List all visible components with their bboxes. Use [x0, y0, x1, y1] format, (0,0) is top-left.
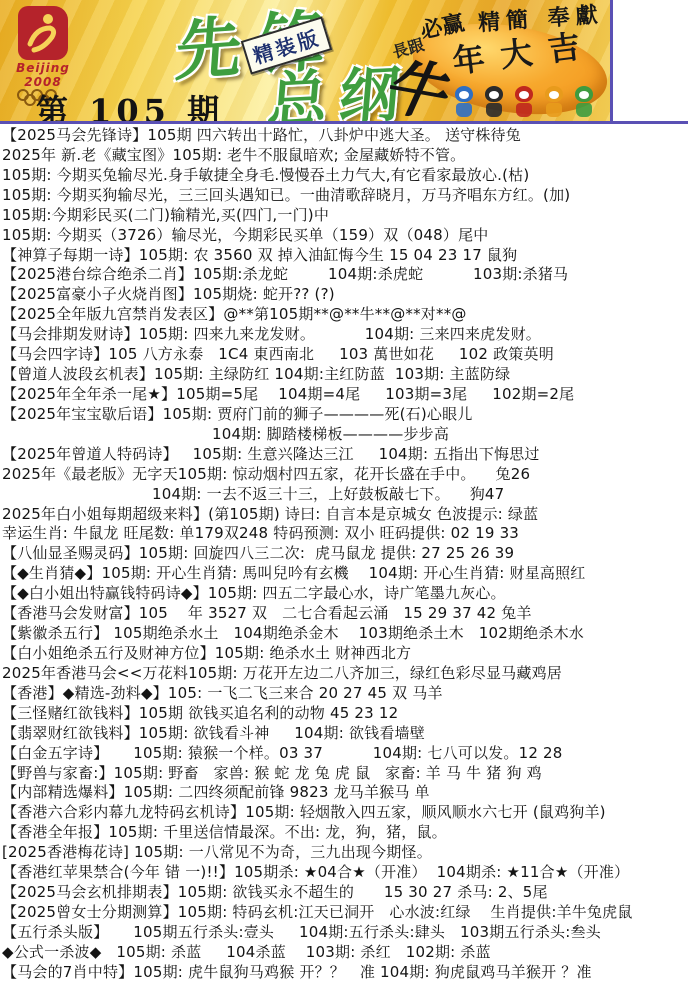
olympic-seal-icon [18, 6, 68, 60]
report-line: 【2025全年版九宫禁肖发表区】@**第105期**@**牛**@**对**@ [2, 305, 688, 325]
report-line: 【◆白小姐出特赢钱特码诗◆】105期: 四五二字最心水，诗广笔墨九灰心。 [2, 584, 688, 604]
report-line: 104期: 脚踏楼梯板————步步高 [2, 425, 688, 445]
report-line: 【马会排期发财诗】105期: 四来九来龙发财。 104期: 三来四来虎发财。 [2, 325, 688, 345]
lottery-tip-sheet: { "banner": { "emblem_script": "Beijing … [0, 0, 688, 987]
report-line: 【马会的7肖中特】105期: 虎牛鼠狗马鸡猴 开？？ 准 104期: 狗虎鼠鸡马… [2, 963, 688, 983]
report-line: 【香港六合彩内幕九龙特码玄机诗】105期: 轻烟散入四五家，顺风顺水六七开 (鼠… [2, 803, 688, 823]
report-line: 【◆生肖猜◆】105期: 开心生肖猜: 馬叫兒吟有玄機 104期: 开心生肖猜:… [2, 564, 688, 584]
report-line: 【2025曾女士分期测算】105期: 特码玄机:江天已洞开 心水波:红绿 生肖提… [2, 903, 688, 923]
report-line: 【野兽与家畜:】105期: 野畜 家兽: 猴 蛇 龙 兔 虎 鼠 家畜: 羊 马… [2, 764, 688, 784]
report-body: 【2025马会先锋诗】105期 四六转出十路忙，八卦炉中逃大圣。 送守株待兔20… [0, 124, 688, 983]
report-line: ◆公式一杀波◆ 105期: 杀蓝 104杀蓝 103期: 杀红 102期: 杀蓝 [2, 943, 688, 963]
report-line: 105期:今期彩民买(二门)输精光,买(四门,一门)中 [2, 206, 688, 226]
fuwa-mascot-icon [452, 86, 476, 120]
report-line: 【2025马会先锋诗】105期 四六转出十路忙，八卦炉中逃大圣。 送守株待兔 [2, 126, 688, 146]
masthead-row: Beijing 2008 先锋 总纲 第 105 期 精装版 必赢 精簡 奉獻 … [0, 0, 688, 124]
dancing-figure-icon [22, 10, 64, 56]
report-line: 【白金五字诗】 105期: 猿猴一个样。03 37 104期: 七八可以发。12… [2, 744, 688, 764]
report-line: 【2025富豪小子火烧肖图】105期烧: 蛇开?? (?) [2, 285, 688, 305]
report-line: 【内部精选爆料】105期: 二四终须配前锋 9823 龙马羊猴马 单 [2, 783, 688, 803]
report-line: 2025年白小姐每期超级来料】(第105期) 诗曰: 自言本是京城女 色波提示:… [2, 505, 688, 525]
report-line: 【神算子每期一诗】105期: 农 3560 双 掉入油缸悔今生 15 04 23… [2, 246, 688, 266]
report-line: 【曾道人波段玄机表】105期: 主绿防红 104期:主红防蓝 103期: 主蓝防… [2, 365, 688, 385]
report-line: 【白小姐绝杀五行及财神方位】105期: 绝杀水土 财神西北方 [2, 644, 688, 664]
report-line: 105期: 今期买狗输尽光，三三回头遇知已。一曲清歌辞晓月，万马齐唱东方红。(加… [2, 186, 688, 206]
report-line: 2025年 新.老《藏宝图》105期: 老牛不服鼠暗欢; 金屋藏娇特不管。 [2, 146, 688, 166]
report-line: 2025年《最老版》无字天105期: 惊动烟村四五家，花开长盛在手中。 兔26 [2, 465, 688, 485]
report-line: 【八仙显圣赐灵码】105期: 回旋四八三二次: 虎马鼠龙 提供: 27 25 2… [2, 544, 688, 564]
report-line: [2025香港梅花诗] 105期: 一八常见不为奇，三九出现今期怪。 [2, 843, 688, 863]
report-line: 【三怪赌红欲钱料】105期 欲钱买追名利的动物 45 23 12 [2, 704, 688, 724]
report-line: 【紫徽杀五行】 105期绝杀水土 104期绝杀金木 103期绝杀土木 102期绝… [2, 624, 688, 644]
report-line: 【2025年曾道人特码诗】 105期: 生意兴隆达三江 104期: 五指出下悔思… [2, 445, 688, 465]
report-line: 【2025马会玄机排期表】105期: 欲钱买永不超生的 15 30 27 杀马:… [2, 883, 688, 903]
beijing-2008-script: Beijing 2008 [8, 61, 78, 89]
fuwa-mascot-icon [572, 86, 596, 120]
report-line: 【香港全年报】105期: 千里送信情最深。不出: 龙，狗，猪，鼠。 [2, 823, 688, 843]
report-line: 2025年香港马会<<万花料105期: 万花开左边二八齐加三，绿红色彩尽显马藏鸡… [2, 664, 688, 684]
report-line: 105期: 今期买（3726）输尽光，今期彩民买单（159）双（048）尾中 [2, 226, 688, 246]
report-line: 【2025年全年杀一尾★】105期=5尾 104期=4尾 103期=3尾 102… [2, 385, 688, 405]
report-line: 幸运生肖: 牛鼠龙 旺尾数: 单179双248 特码预测: 双小 旺码提供: 0… [2, 524, 688, 544]
fuwa-mascot-icon [542, 86, 566, 120]
report-line: 【马会四字诗】105 八方永泰 1C4 東西南北 103 萬世如花 102 政策… [2, 345, 688, 365]
fuwa-mascot-icon [512, 86, 536, 120]
mascots [452, 86, 596, 120]
masthead-banner: Beijing 2008 先锋 总纲 第 105 期 精装版 必赢 精簡 奉獻 … [0, 0, 613, 121]
report-line: 【2025港台综合绝杀二肖】105期:杀龙蛇 104期:杀虎蛇 103期:杀猪马 [2, 265, 688, 285]
report-line: 【五行杀头版】 105期五行杀头:壹头 104期:五行杀头:肆头 103期五行杀… [2, 923, 688, 943]
report-line: 【香港马会发财富】105 年 3527 双 二七合看起云涌 15 29 37 4… [2, 604, 688, 624]
report-line: 【香港红苹果禁合(今年 错 一)!!】105期杀: ★04合★（开准） 104期… [2, 863, 688, 883]
report-line: 【翡翠财红欲钱料】105期: 欲钱看斗神 104期: 欲钱看墙壁 [2, 724, 688, 744]
issue-number-label: 第 105 期 [36, 86, 224, 121]
report-line: 104期: 一去不返三十三，上好鼓板敲七下。 狗47 [2, 485, 688, 505]
report-line: 105期: 今期买兔输尽光.身手敏捷全身毛.慢慢吞土力气大,有它看家最放心.(枯… [2, 166, 688, 186]
report-line: 【2025年宝宝歇后语】105期: 贾府门前的狮子————死(石)心眼儿 [2, 405, 688, 425]
report-line: 【香港】◆精选-劲料◆】105: 一飞二飞三来合 20 27 45 双 马羊 [2, 684, 688, 704]
fuwa-mascot-icon [482, 86, 506, 120]
